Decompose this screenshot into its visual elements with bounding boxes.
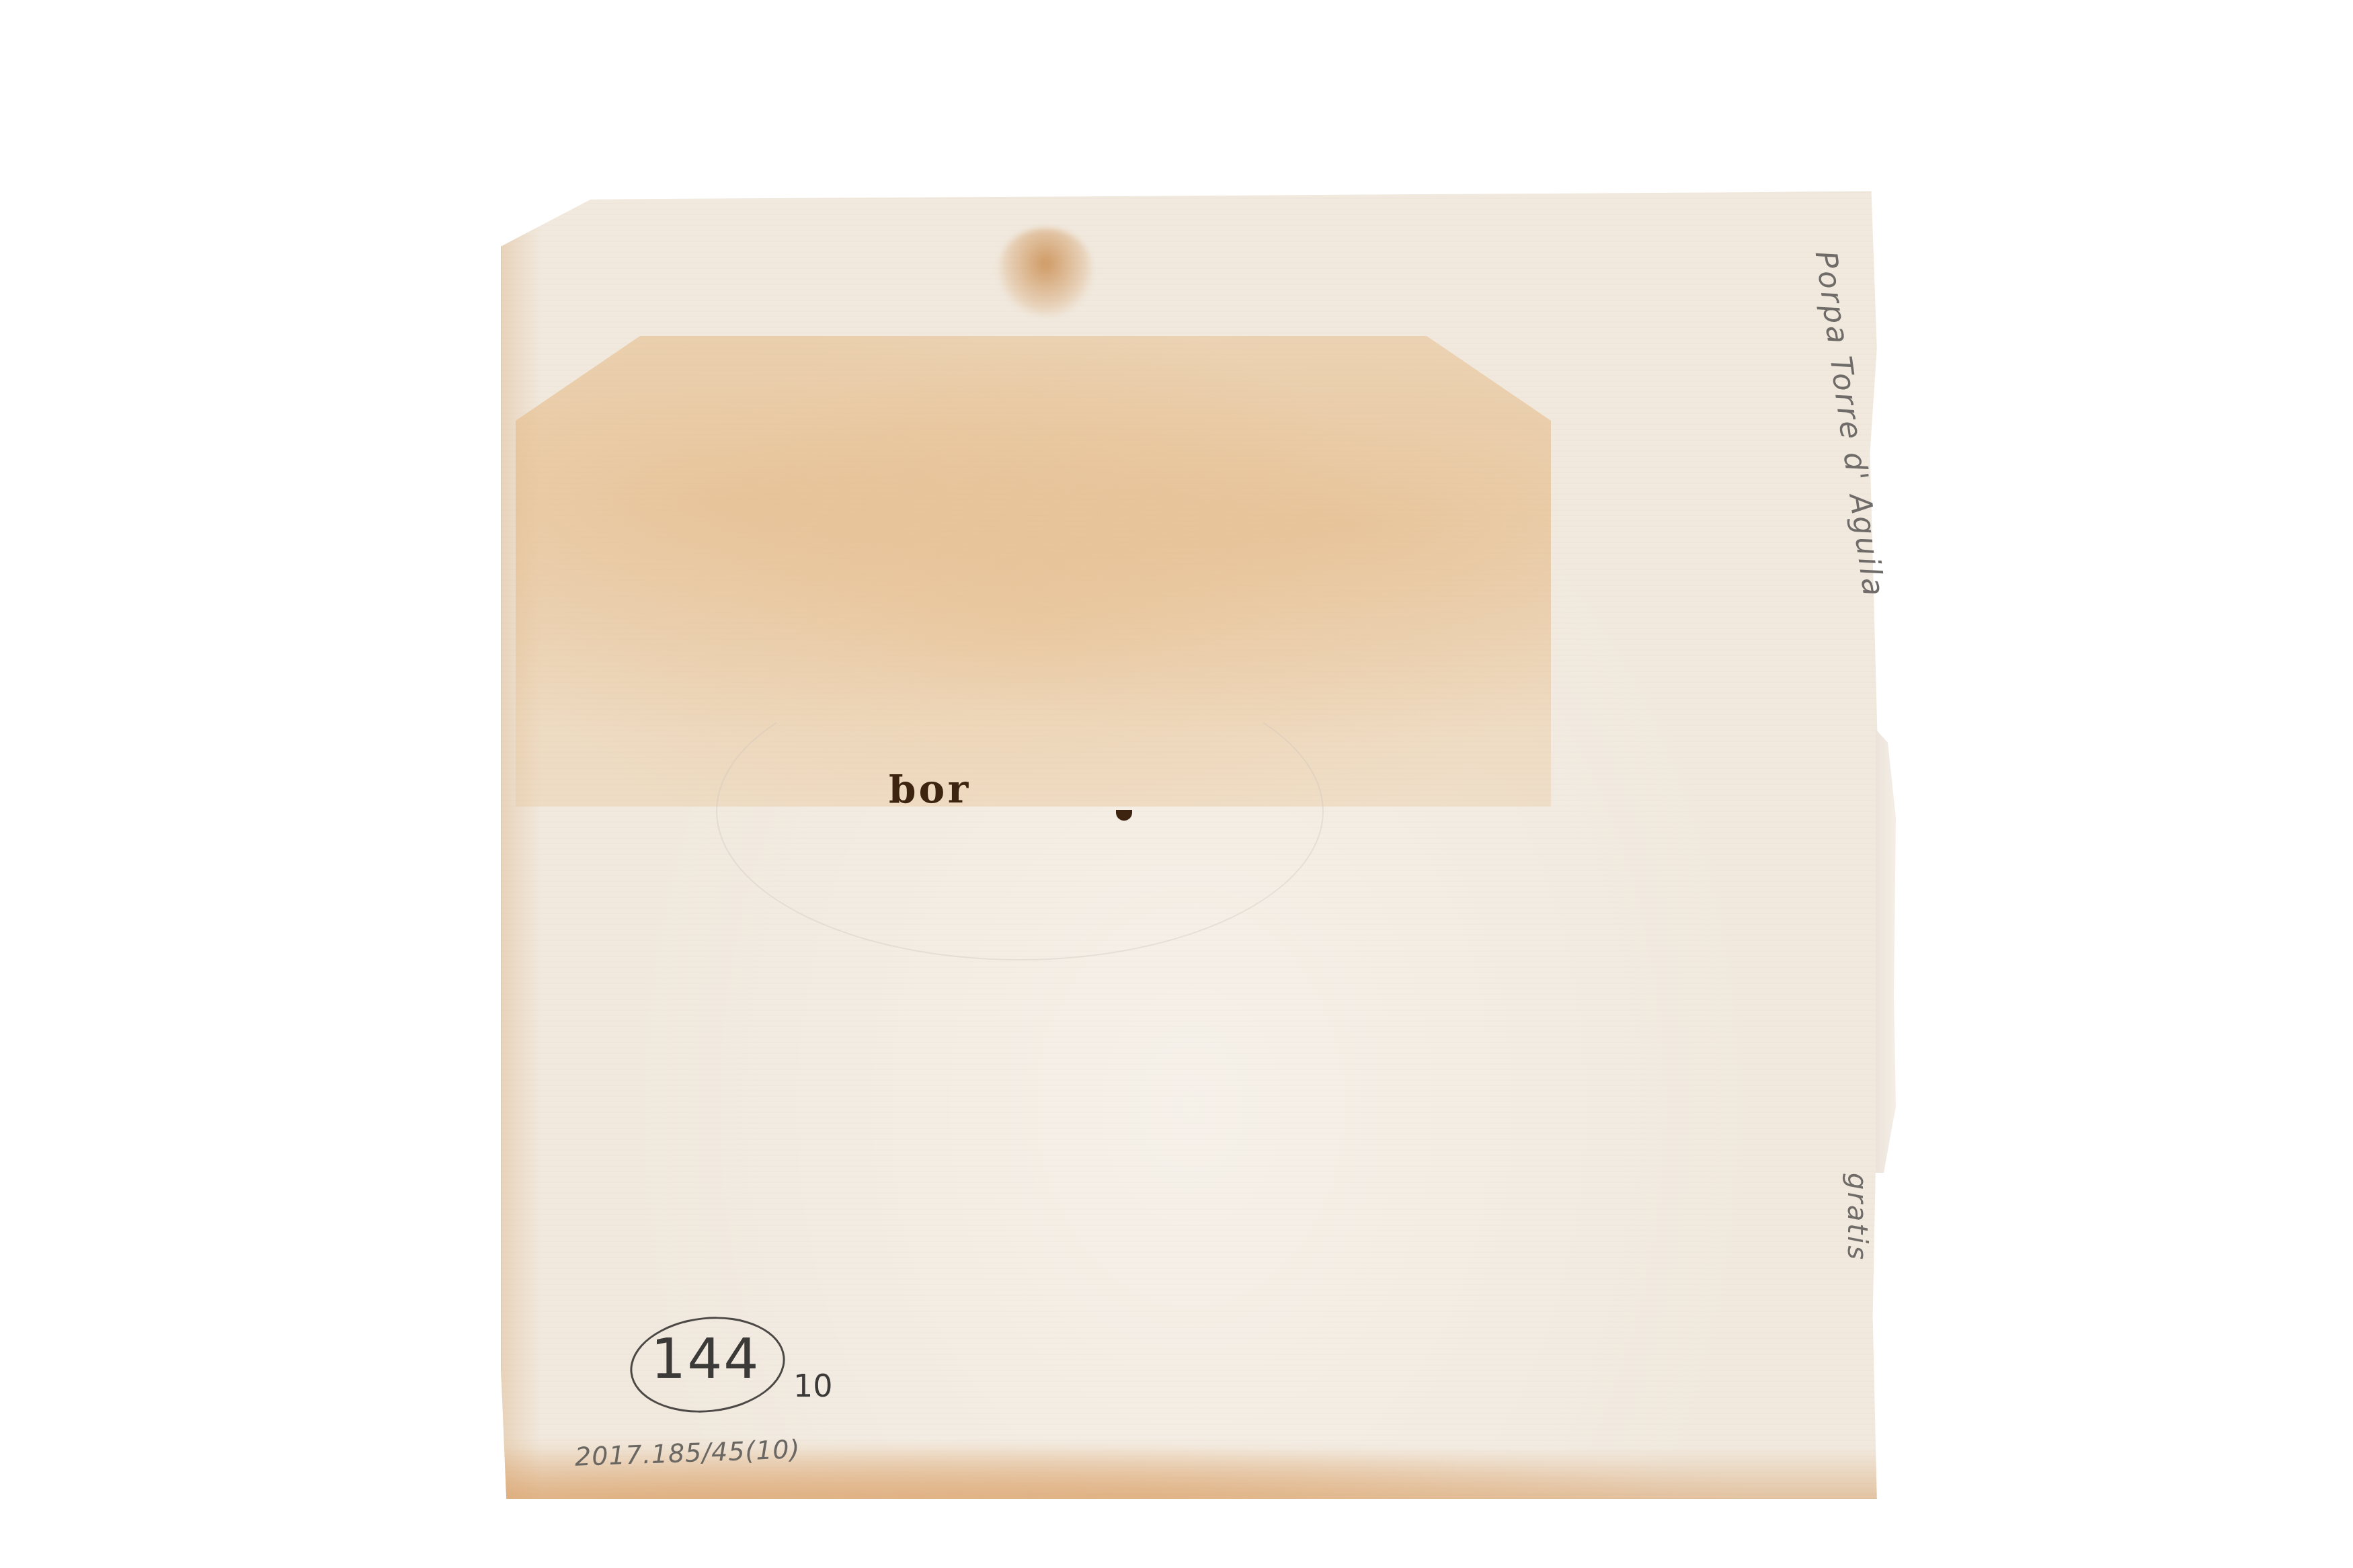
plate-mark-impression xyxy=(716,662,1324,960)
lot-suffix: 10 xyxy=(793,1368,833,1404)
brown-stain-spot xyxy=(998,229,1092,316)
pencil-note-inscription: gratis xyxy=(1841,1173,1872,1262)
torn-edge-flap xyxy=(1876,729,1896,1173)
left-edge-foxing xyxy=(501,192,541,1499)
paper-sheet xyxy=(501,192,1882,1499)
lot-number: 144 xyxy=(651,1327,760,1391)
ink-show-through-mark: ɹoq xyxy=(886,773,969,819)
photo-stage: ɹoq Porpa Torre d' Aguila gratis 144 10 … xyxy=(0,0,2353,1568)
